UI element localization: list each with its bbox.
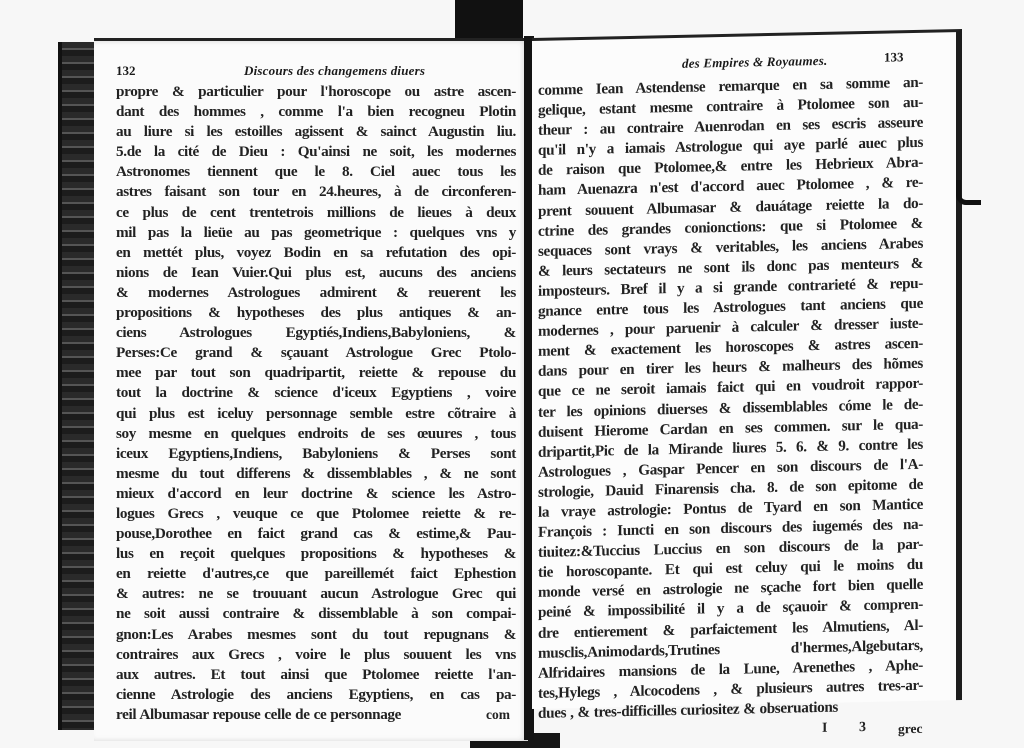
text-line: mil pas la lieüe au pas geometrique : qu…: [116, 223, 516, 243]
running-head: Discours des changemens diuers: [244, 63, 425, 79]
text-line: ce plus de cent trentetrois millions de …: [116, 203, 516, 223]
text-line: & modernes Astrologues admirent & reuere…: [116, 283, 516, 303]
text-line: mesme du tout differens & dissemblables …: [116, 464, 516, 484]
signature-mark: I 3: [822, 720, 880, 737]
running-head: des Empires & Royaumes.: [682, 53, 827, 72]
page-number: 132: [116, 63, 136, 79]
right-page: des Empires & Royaumes. 133 comme Iean A…: [532, 29, 962, 709]
text-line: dant des hommes , comme l'a bien recogne…: [116, 102, 516, 122]
open-book: 132 Discours des changemens diuers propr…: [58, 30, 968, 740]
text-line: contraires aux Grecs , voire le plus sou…: [116, 645, 516, 665]
text-line: ne soit aussi contraire & dissemblable à…: [116, 604, 516, 624]
text-line: tout la doctrine & science d'iceux Egypt…: [116, 383, 516, 403]
text-line: propre & particulier pour l'horoscope ou…: [116, 82, 516, 102]
text-line: qui plus est iceluy personnage semble es…: [116, 404, 516, 424]
text-line: mee par tout son quadripartit, reiette &…: [116, 363, 516, 383]
catchword: grec: [898, 721, 922, 738]
page-number: 133: [884, 49, 904, 65]
text-line: & autres: ne se trouuant aucun Astrologu…: [116, 584, 516, 604]
text-line: pouse,Dorothee en faict grand cas & esti…: [116, 524, 516, 544]
text-line: Perses:Ce grand & sçauant Astrologue Gre…: [116, 343, 516, 363]
text-line: mieux d'accord en leur doctrine & scienc…: [116, 484, 516, 504]
page-clip-icon: [956, 180, 981, 205]
text-line: logues Grecs , veuque ce que Ptolomee re…: [116, 504, 516, 524]
text-line: lus en reçoit quelques propositions & hy…: [116, 544, 516, 564]
text-line: 5.de la cité de Dieu : Qu'ainsi ne soit,…: [116, 142, 516, 162]
text-line: Astronomes tiennent que le 8. Ciel auec …: [116, 162, 516, 182]
text-line: gnon:Les Arabes mesmes sont du tout repu…: [116, 625, 516, 645]
text-line: astres faisant son tour en 24.heures, à …: [116, 182, 516, 202]
text-line: propositions & hypotheses des plus antiq…: [116, 303, 516, 323]
page-body-text: propre & particulier pour l'horoscope ou…: [116, 82, 516, 725]
text-line: en reiette d'autres,ce que pareillemét f…: [116, 564, 516, 584]
text-line: soy mesme en quelques endroits de ses œu…: [116, 424, 516, 444]
text-line: iceux Egyptiens,Indiens, Babyloniens & P…: [116, 444, 516, 464]
page-body-text: comme Iean Astendense remarque en sa som…: [538, 73, 923, 724]
catchword: com: [486, 707, 510, 723]
text-line: au liure si les estoilles agissent & sai…: [116, 122, 516, 142]
text-line: nions de Iean Vuier.Qui plus est, aucuns…: [116, 263, 516, 283]
text-line: cienne Astrologie des anciens Egyptiens,…: [116, 685, 516, 705]
text-line: en mettét plus, voyez Bodin en sa refuta…: [116, 243, 516, 263]
text-line: ciens Astrologues Egyptiés,Indiens,Babyl…: [116, 323, 516, 343]
text-line: reil Albumasar repouse celle de ce perso…: [116, 705, 516, 725]
text-line: aux autres. Et tout ainsi que Ptolomee r…: [116, 665, 516, 685]
left-page: 132 Discours des changemens diuers propr…: [94, 38, 528, 741]
